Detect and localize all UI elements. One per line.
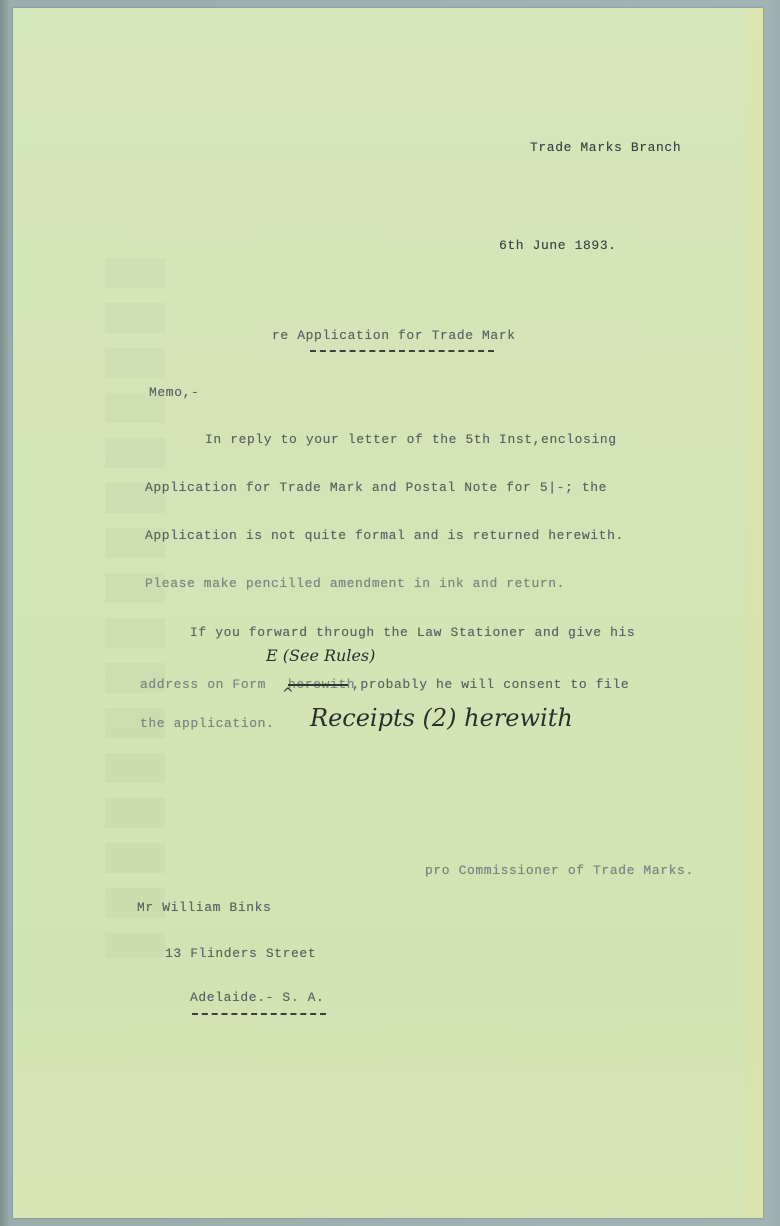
faded-stamp-watermark bbox=[105, 258, 165, 958]
addressee-underline bbox=[192, 1013, 326, 1015]
body-line-prefix: address on Form bbox=[140, 677, 266, 692]
body-line: Application is not quite formal and is r… bbox=[145, 528, 624, 543]
insertion-caret: ^ bbox=[282, 686, 294, 702]
salutation: Memo,- bbox=[149, 385, 199, 400]
body-line: If you forward through the Law Stationer… bbox=[190, 625, 635, 640]
body-line-suffix: ,probably he will consent to file bbox=[352, 677, 629, 692]
addressee-city: Adelaide.- S. A. bbox=[190, 990, 324, 1005]
department-heading: Trade Marks Branch bbox=[530, 140, 681, 155]
subject-underline bbox=[310, 350, 494, 352]
body-line: Application for Trade Mark and Postal No… bbox=[145, 480, 607, 495]
signature-line: pro Commissioner of Trade Marks. bbox=[425, 863, 694, 878]
strikethrough-mark bbox=[288, 684, 348, 686]
body-line: Please make pencilled amendment in ink a… bbox=[145, 576, 565, 591]
addressee-street: 13 Flinders Street bbox=[165, 946, 316, 961]
document-page bbox=[13, 8, 763, 1218]
handwritten-receipts-note: Receipts (2) herewith bbox=[310, 704, 573, 732]
body-line: the application. bbox=[140, 716, 274, 731]
document-date: 6th June 1893. bbox=[499, 238, 617, 253]
handwritten-insertion: E (See Rules) bbox=[266, 646, 375, 665]
body-line: In reply to your letter of the 5th Inst,… bbox=[205, 432, 617, 447]
addressee-name: Mr William Binks bbox=[137, 900, 271, 915]
subject-line: re Application for Trade Mark bbox=[272, 328, 516, 343]
